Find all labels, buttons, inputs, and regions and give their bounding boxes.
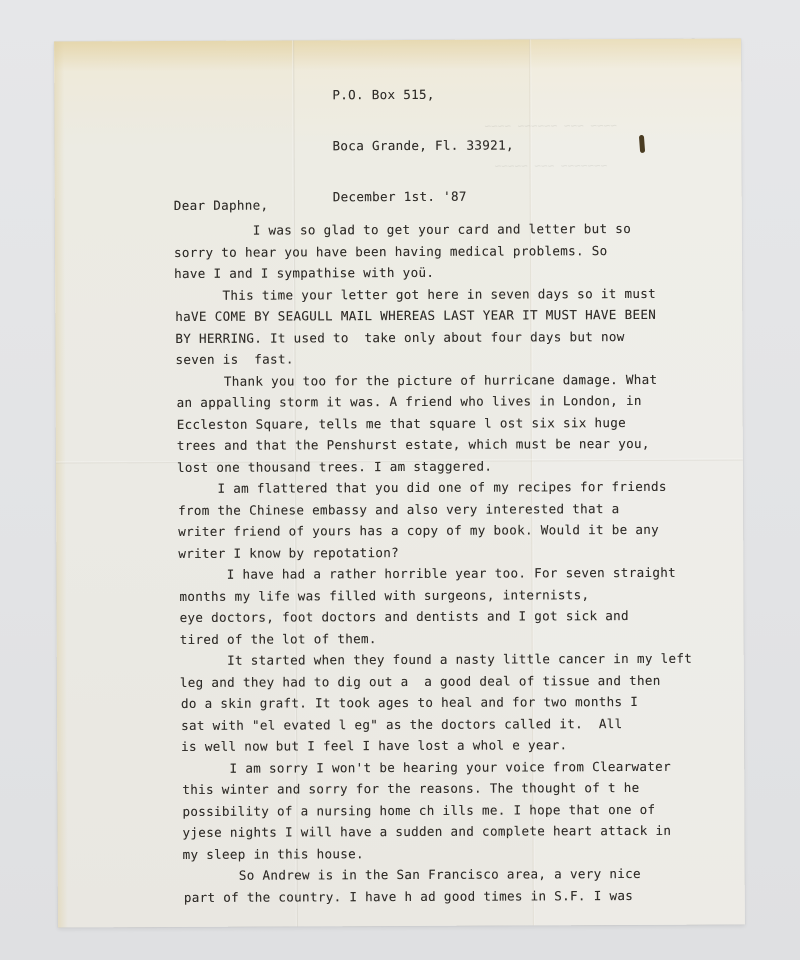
letter-line: So Andrew is in the San Francisco area, … [184, 863, 693, 887]
letter-line: eye doctors, foot doctors and dentists a… [180, 605, 692, 629]
letter-line: lost one thousand trees. I am staggered. [177, 454, 691, 478]
letter-line: sorry to hear you have been having medic… [174, 239, 690, 263]
letter-line: is well now but I feel I have lost a who… [181, 734, 692, 758]
letter-line: It started when they found a nasty littl… [180, 648, 692, 672]
letter-line: This time your letter got here in seven … [175, 282, 690, 306]
letter-line: I am flattered that you did one of my re… [178, 476, 691, 500]
sender-address-block: P.O. Box 515, Boca Grande, Fl. 33921, De… [332, 51, 514, 239]
letter-line: writer friend of yours has a copy of my … [178, 519, 691, 543]
letter-line: yjese nights I will have a sudden and co… [182, 820, 692, 844]
address-line: Boca Grande, Fl. 33921, [332, 136, 513, 154]
letter-line: my sleep in this house. [183, 841, 693, 865]
letter-line: possibility of a nursing home ch ills me… [182, 798, 692, 822]
letter-line: I am sorry I won't be hearing your voice… [182, 755, 692, 779]
address-line: P.O. Box 515, [332, 85, 513, 103]
letter-body: I was so glad to get your card and lette… [174, 218, 693, 908]
letter-line: leg and they had to dig out a a good dea… [180, 669, 692, 693]
letter-sheet: ~~~~ ~~~ ~~~~~~ ~~~~ ~~~~~~~ ~~~ ~~~~~ S… [54, 39, 745, 928]
letter-line: part of the country. I have h ad good ti… [184, 884, 693, 908]
letter-line: an appalling storm it was. A friend who … [177, 390, 691, 414]
letter-date: December 1st. '87 [333, 187, 514, 205]
letter-line: months my life was filled with surgeons,… [179, 583, 691, 607]
letter-line: Thank you too for the picture of hurrica… [177, 368, 691, 392]
letter-line: BY HERRING. It used to take only about f… [175, 325, 690, 349]
letter-line: do a skin graft. It took ages to heal an… [181, 691, 692, 715]
letter-line: seven is fast. [175, 347, 690, 371]
letter-line: I have had a rather horrible year too. F… [179, 562, 691, 586]
letter-line: sat with "el evated l eg" as the doctors… [181, 712, 692, 736]
letter-line: haVE COME BY SEAGULL MAIL WHEREAS LAST Y… [175, 304, 690, 328]
letter-line: this winter and sorry for the reasons. T… [182, 777, 692, 801]
salutation: Dear Daphne, [174, 198, 269, 213]
letter-line: I was so glad to get your card and lette… [174, 218, 690, 242]
letter-line: have I and I sympathise with yoü. [174, 261, 690, 285]
letter-line: tired of the lot of them. [180, 626, 692, 650]
letter-line: from the Chinese embassy and also very i… [178, 497, 691, 521]
letter-line: trees and that the Penshurst estate, whi… [177, 433, 691, 457]
letter-line: Eccleston Square, tells me that square l… [177, 411, 691, 435]
letter-line: writer I know by repotation? [178, 540, 691, 564]
